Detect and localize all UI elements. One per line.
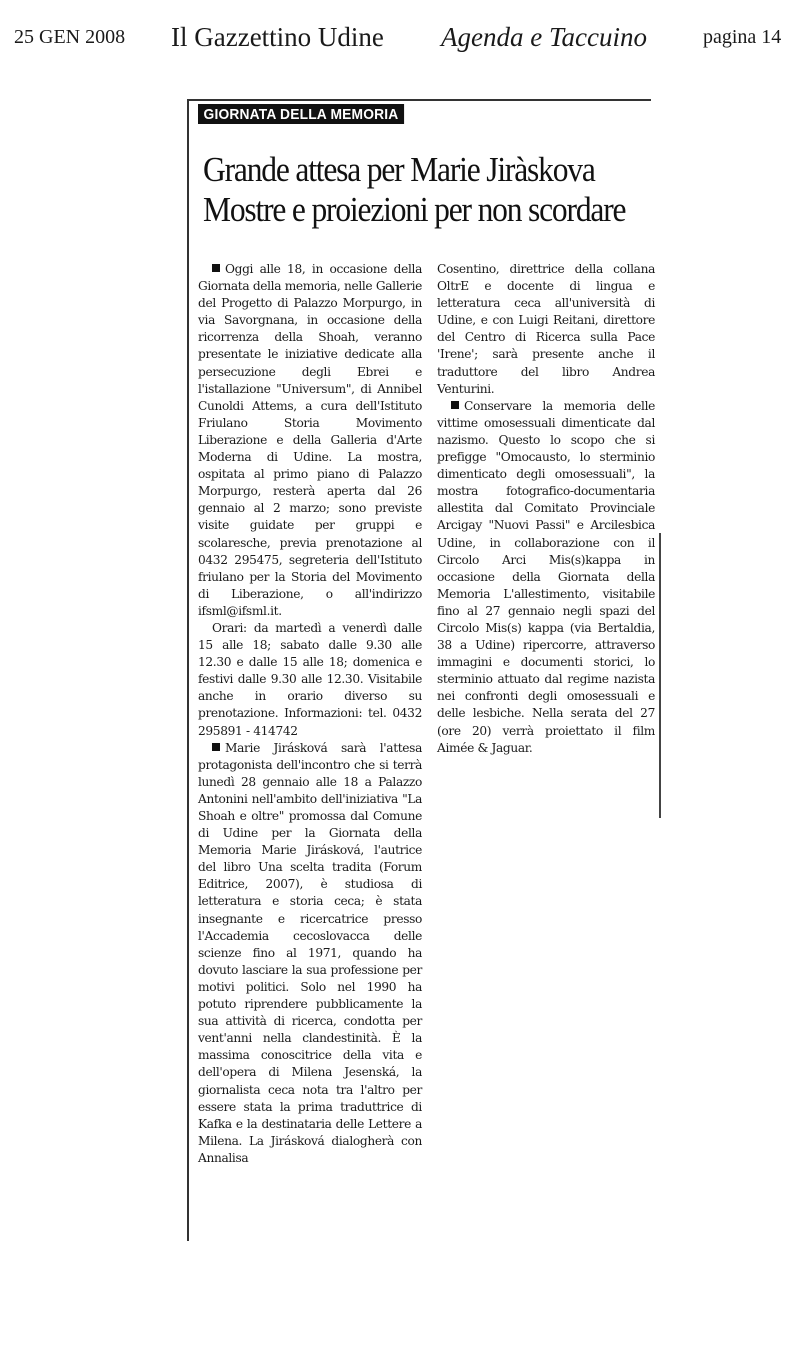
- article-column-2: Cosentino, direttrice della collana Oltr…: [437, 261, 655, 757]
- square-bullet-icon: [212, 264, 220, 272]
- square-bullet-icon: [451, 401, 459, 409]
- headline-line-2: Mostre e proiezioni per non scordare: [203, 190, 625, 230]
- paragraph: Conservare la memoria delle vittime omos…: [437, 398, 655, 757]
- square-bullet-icon: [212, 743, 220, 751]
- paragraph: Oggi alle 18, in occasione della Giornat…: [198, 261, 422, 620]
- page-header: 25 GEN 2008 Il Gazzettino Udine Agenda e…: [0, 22, 812, 56]
- headline-line-1: Grande attesa per Marie Jiràskova: [203, 150, 625, 190]
- article-frame-left-rule: [187, 99, 189, 1241]
- paragraph: Cosentino, direttrice della collana Oltr…: [437, 261, 655, 398]
- paragraph: Orari: da martedì a venerdì dalle 15 all…: [198, 620, 422, 740]
- column-divider-rule: [659, 533, 661, 818]
- article-kicker: GIORNATA DELLA MEMORIA: [198, 104, 404, 124]
- newspaper-name: Il Gazzettino Udine: [171, 22, 384, 53]
- publication-date: 25 GEN 2008: [14, 26, 125, 49]
- section-name: Agenda e Taccuino: [441, 22, 647, 53]
- article-frame-top-rule: [188, 99, 651, 101]
- article-headline: Grande attesa per Marie Jiràskova Mostre…: [203, 150, 625, 230]
- paragraph: Marie Jirásková sarà l'attesa protagonis…: [198, 740, 422, 1167]
- article-column-1: Oggi alle 18, in occasione della Giornat…: [198, 261, 422, 1167]
- page-number: pagina 14: [703, 26, 781, 49]
